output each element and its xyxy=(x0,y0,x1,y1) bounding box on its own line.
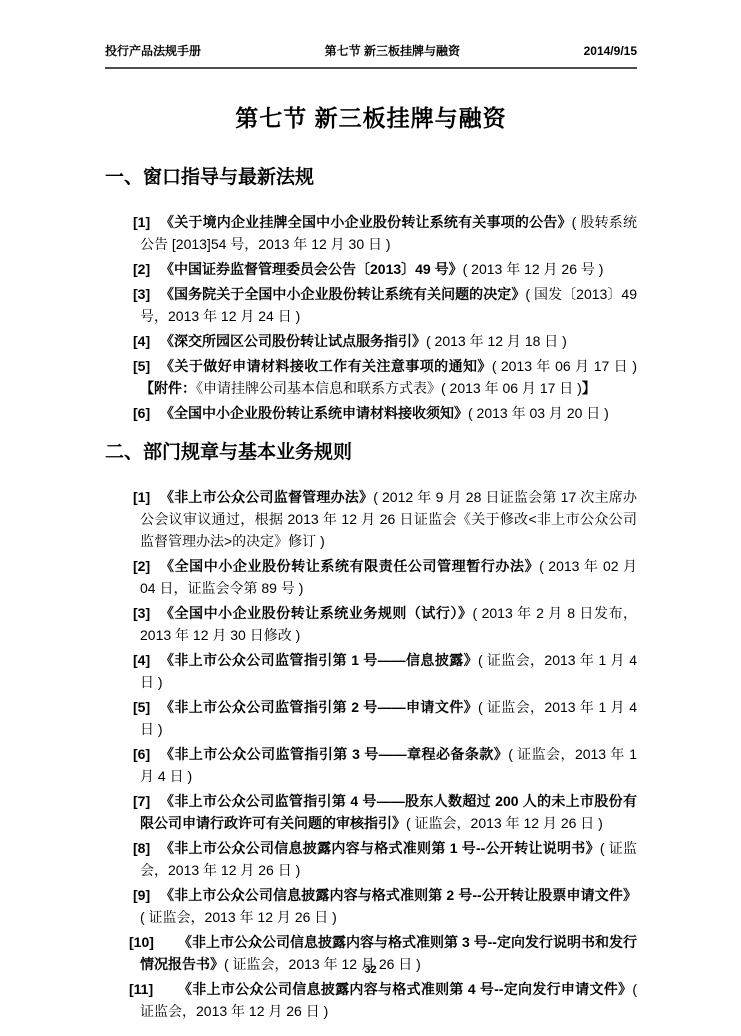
header-chapter-title: 第七节 新三板挂牌与融资 xyxy=(201,44,584,58)
item-number: [1] xyxy=(133,486,150,508)
item-title-segment: 《非上市公众公司监管指引第 2 号——申请文件》 xyxy=(160,699,478,715)
item-text: 《全国中小企业股份转让系统申请材料接收须知》( 2013 年 03 月 20 日… xyxy=(160,405,609,421)
list-item: [5]《非上市公众公司监管指引第 2 号——申请文件》( 证监会，2013 年 … xyxy=(105,696,637,740)
item-title-segment: 《全国中小企业股份转让系统有限责任公司管理暂行办法》 xyxy=(160,558,539,574)
item-number: [1] xyxy=(133,211,150,233)
reference-list: [1]《关于境内企业挂牌全国中小企业股份转让系统有关事项的公告》( 股转系统公告… xyxy=(105,211,637,424)
list-item: [9]《非上市公众公司信息披露内容与格式准则第 2 号--公开转让股票申请文件》… xyxy=(105,884,637,928)
item-text: 《全国中小企业股份转让系统有限责任公司管理暂行办法》( 2013 年 02 月 … xyxy=(140,558,637,596)
list-item: [4]《深交所园区公司股份转让试点服务指引》( 2013 年 12 月 18 日… xyxy=(105,330,637,352)
item-number: [5] xyxy=(133,696,150,718)
item-detail-segment: ( 证监会，2013 年 12 月 26 日 ) xyxy=(140,909,337,925)
item-number: [10] xyxy=(129,931,154,953)
item-title-segment: 【附件： xyxy=(140,380,196,396)
item-number: [11] xyxy=(129,978,153,1000)
header-booklet-title: 投行产品法规手册 xyxy=(105,44,201,58)
item-detail-segment: ( 2013 年 12 月 18 日 ) xyxy=(426,333,567,349)
item-detail-segment: ( 证监会，2013 年 12 月 26 日 ) xyxy=(406,815,603,831)
list-item: [1]《非上市公众公司监督管理办法》( 2012 年 9 月 28 日证监会第 … xyxy=(105,486,637,552)
item-title-segment: 《非上市公众公司监管指引第 3 号——章程必备条款》 xyxy=(160,746,508,762)
item-title-segment: 】 xyxy=(582,380,596,396)
item-detail-segment: 《申请挂牌公司基本信息和联系方式表》( 2013 年 06 月 17 日 ) xyxy=(196,380,582,396)
item-title-segment: 《非上市公众公司监督管理办法》 xyxy=(160,489,373,505)
page-footer: 32 xyxy=(0,964,741,976)
item-text: 《非上市公众公司监管指引第 3 号——章程必备条款》( 证监会，2013 年 1… xyxy=(140,746,637,784)
item-text: 《非上市公众公司监管指引第 1 号——信息披露》( 证监会，2013 年 1 月… xyxy=(140,652,637,690)
item-text: 《深交所园区公司股份转让试点服务指引》( 2013 年 12 月 18 日 ) xyxy=(160,333,567,349)
list-item: [4]《非上市公众公司监管指引第 1 号——信息披露》( 证监会，2013 年 … xyxy=(105,649,637,693)
item-number: [2] xyxy=(133,555,150,577)
item-number: [7] xyxy=(133,790,150,812)
item-number: [6] xyxy=(133,402,150,424)
list-item: [2]《中国证券监督管理委员会公告〔2013〕49 号》( 2013 年 12 … xyxy=(105,258,637,280)
list-item: [7]《非上市公众公司监管指引第 4 号——股东人数超过 200 人的未上市股份… xyxy=(105,790,637,834)
section-heading-2: 二、部门规章与基本业务规则 xyxy=(105,440,637,466)
section-heading-1: 一、窗口指导与最新法规 xyxy=(105,165,637,191)
list-item: [6]《非上市公众公司监管指引第 3 号——章程必备条款》( 证监会，2013 … xyxy=(105,743,637,787)
reference-list: [1]《非上市公众公司监督管理办法》( 2012 年 9 月 28 日证监会第 … xyxy=(105,486,637,1022)
header-date: 2014/9/15 xyxy=(584,44,637,58)
item-text: 《非上市公众公司监管指引第 4 号——股东人数超过 200 人的未上市股份有限公… xyxy=(140,793,637,831)
item-detail-segment: ( 2013 年 12 月 26 号 ) xyxy=(463,261,604,277)
item-number: [6] xyxy=(133,743,150,765)
list-item: [6]《全国中小企业股份转让系统申请材料接收须知》( 2013 年 03 月 2… xyxy=(105,402,637,424)
item-detail-segment: ( 2013 年 06 月 17 日 ) xyxy=(492,358,637,374)
list-item: [3]《国务院关于全国中小企业股份转让系统有关问题的决定》( 国发〔2013〕4… xyxy=(105,283,637,327)
document-page: 投行产品法规手册 第七节 新三板挂牌与融资 2014/9/15 第七节 新三板挂… xyxy=(0,0,741,1036)
item-number: [3] xyxy=(133,283,150,305)
header-rule xyxy=(105,67,637,69)
item-title-segment: 《非上市公众公司信息披露内容与格式准则第 4 号--定向发行申请文件》 xyxy=(178,981,632,997)
item-title-segment: 《非上市公众公司信息披露内容与格式准则第 1 号--公开转让说明书》 xyxy=(160,840,600,856)
document-body: 一、窗口指导与最新法规[1]《关于境内企业挂牌全国中小企业股份转让系统有关事项的… xyxy=(105,165,637,1022)
item-title-segment: 《关于境内企业挂牌全国中小企业股份转让系统有关事项的公告》 xyxy=(160,214,572,230)
item-text: 《非上市公众公司信息披露内容与格式准则第 2 号--公开转让股票申请文件》( 证… xyxy=(140,887,637,925)
list-item: [5]《关于做好申请材料接收工作有关注意事项的通知》( 2013 年 06 月 … xyxy=(105,355,637,399)
page-title: 第七节 新三板挂牌与融资 xyxy=(105,103,637,133)
item-text: 《全国中小企业股份转让系统业务规则（试行）》( 2013 年 2 月 8 日发布… xyxy=(140,605,637,643)
item-title-segment: 《中国证券监督管理委员会公告〔2013〕49 号》 xyxy=(160,261,463,277)
item-detail-segment: ( 2013 年 03 月 20 日 ) xyxy=(468,405,609,421)
item-title-segment: 《全国中小企业股份转让系统业务规则（试行）》 xyxy=(160,605,473,621)
item-title-segment: 《全国中小企业股份转让系统申请材料接收须知》 xyxy=(160,405,468,421)
item-number: [9] xyxy=(133,884,150,906)
list-item: [2]《全国中小企业股份转让系统有限责任公司管理暂行办法》( 2013 年 02… xyxy=(105,555,637,599)
item-title-segment: 《深交所园区公司股份转让试点服务指引》 xyxy=(160,333,426,349)
item-text: 《非上市公众公司信息披露内容与格式准则第 4 号--定向发行申请文件》( 证监会… xyxy=(140,981,637,1019)
item-number: [5] xyxy=(133,355,150,377)
list-item: [8]《非上市公众公司信息披露内容与格式准则第 1 号--公开转让说明书》( 证… xyxy=(105,837,637,881)
item-number: [3] xyxy=(133,602,150,624)
item-number: [2] xyxy=(133,258,150,280)
list-item: [11]《非上市公众公司信息披露内容与格式准则第 4 号--定向发行申请文件》(… xyxy=(105,978,637,1022)
item-text: 《非上市公众公司监督管理办法》( 2012 年 9 月 28 日证监会第 17 … xyxy=(140,489,637,549)
list-item: [3]《全国中小企业股份转让系统业务规则（试行）》( 2013 年 2 月 8 … xyxy=(105,602,637,646)
item-number: [4] xyxy=(133,649,150,671)
list-item: [1]《关于境内企业挂牌全国中小企业股份转让系统有关事项的公告》( 股转系统公告… xyxy=(105,211,637,255)
page-number: 32 xyxy=(364,964,376,976)
item-text: 《非上市公众公司信息披露内容与格式准则第 1 号--公开转让说明书》( 证监会，… xyxy=(140,840,637,878)
item-number: [4] xyxy=(133,330,150,352)
item-text: 《关于境内企业挂牌全国中小企业股份转让系统有关事项的公告》( 股转系统公告 [2… xyxy=(140,214,637,252)
item-text: 《非上市公众公司监管指引第 2 号——申请文件》( 证监会，2013 年 1 月… xyxy=(140,699,637,737)
page-header: 投行产品法规手册 第七节 新三板挂牌与融资 2014/9/15 xyxy=(105,44,637,58)
item-title-segment: 《关于做好申请材料接收工作有关注意事项的通知》 xyxy=(160,358,492,374)
item-title-segment: 《国务院关于全国中小企业股份转让系统有关问题的决定》 xyxy=(160,286,525,302)
page-content: 投行产品法规手册 第七节 新三板挂牌与融资 2014/9/15 第七节 新三板挂… xyxy=(0,0,741,1022)
item-title-segment: 《非上市公众公司信息披露内容与格式准则第 2 号--公开转让股票申请文件》 xyxy=(160,887,637,903)
item-text: 《国务院关于全国中小企业股份转让系统有关问题的决定》( 国发〔2013〕49 号… xyxy=(140,286,637,324)
item-title-segment: 《非上市公众公司监管指引第 1 号——信息披露》 xyxy=(160,652,478,668)
item-text: 《关于做好申请材料接收工作有关注意事项的通知》( 2013 年 06 月 17 … xyxy=(140,358,637,396)
item-number: [8] xyxy=(133,837,150,859)
item-text: 《中国证券监督管理委员会公告〔2013〕49 号》( 2013 年 12 月 2… xyxy=(160,261,603,277)
